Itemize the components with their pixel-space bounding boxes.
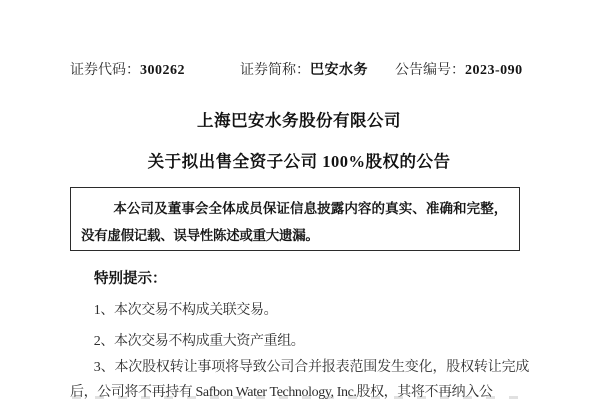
stock-name: 证券简称：巴安水务 <box>240 59 368 79</box>
notice-item-3: 3、本次股权转让事项将导致公司合并报表范围发生变化，股权转让完成后，公司将不再持… <box>70 355 529 400</box>
stock-code: 证券代码：300262 <box>70 59 185 79</box>
board-declaration-box: 本公司及董事会全体成员保证信息披露内容的真实、准确和完整，没有虚假记载、误导性陈… <box>70 187 520 251</box>
announcement-subject-title: 关于拟出售全资子公司 100%股权的公告 <box>70 148 528 172</box>
stock-code-value: 300262 <box>140 63 185 78</box>
stock-name-value: 巴安水务 <box>310 63 368 78</box>
company-title: 上海巴安水务股份有限公司 <box>70 107 528 131</box>
notice-item-2: 2、本次交易不构成重大资产重组。 <box>70 329 529 354</box>
announcement-document: 证券代码：300262 证券简称：巴安水务 公告编号：2023-090 上海巴安… <box>0 0 600 400</box>
stock-code-label: 证券代码： <box>70 63 140 78</box>
announcement-number-value: 2023-090 <box>465 63 523 78</box>
special-notice-heading: 特别提示： <box>94 267 167 288</box>
announcement-number: 公告编号：2023-090 <box>395 59 523 79</box>
clipped-next-text-line <box>72 396 528 399</box>
notice-item-1: 1、本次交易不构成关联交易。 <box>70 298 529 323</box>
announcement-number-label: 公告编号： <box>395 63 465 78</box>
stock-name-label: 证券简称： <box>240 63 310 78</box>
board-declaration-text: 本公司及董事会全体成员保证信息披露内容的真实、准确和完整，没有虚假记载、误导性陈… <box>81 195 507 249</box>
stock-info-row: 证券代码：300262 证券简称：巴安水务 公告编号：2023-090 <box>0 59 600 77</box>
